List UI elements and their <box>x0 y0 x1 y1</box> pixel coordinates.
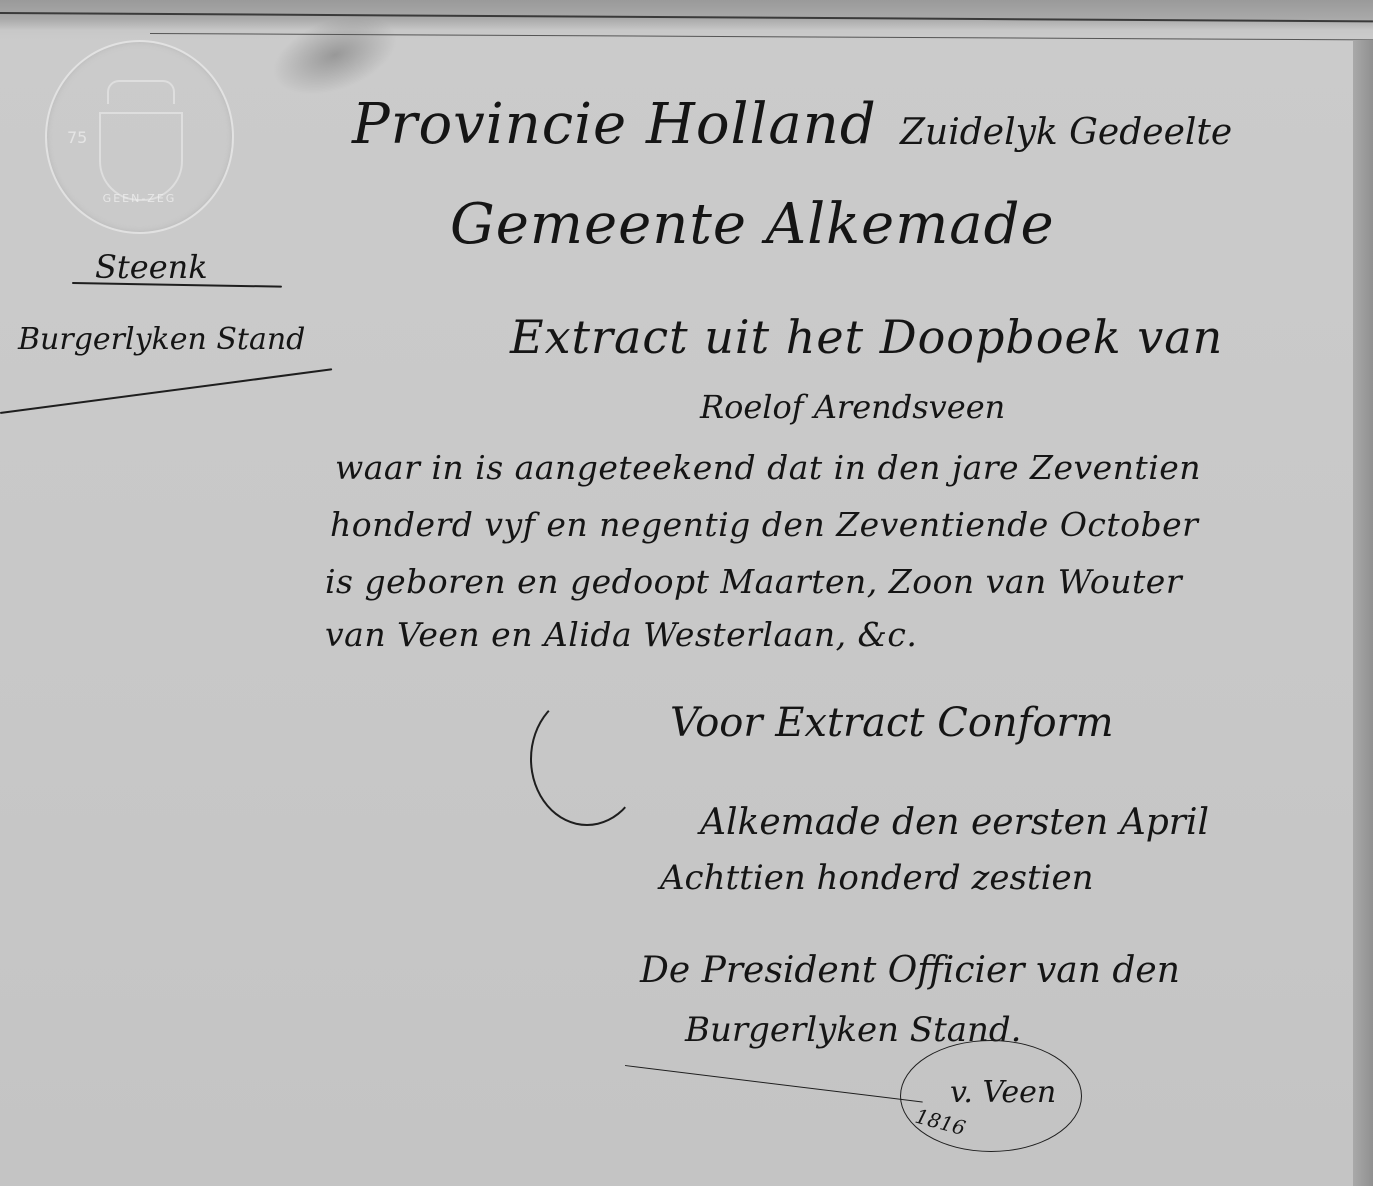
seal-shield-icon <box>99 112 183 201</box>
seal-legend: GEEN-ZEG <box>77 192 202 205</box>
seal-number: 75 <box>67 128 87 147</box>
header-province: Provincie Holland <box>352 92 877 157</box>
body-line-2: honderd vyf en negentig den Zeventiende … <box>330 505 1198 544</box>
page-right-edge <box>1353 40 1373 1186</box>
header-municipality: Gemeente Alkemade <box>450 192 1055 257</box>
header-parish-name: Roelof Arendsveen <box>700 388 1005 426</box>
closing-year-words: Achttien honderd zestien <box>660 858 1094 898</box>
body-line-3: is geboren en gedoopt Maarten, Zoon van … <box>325 562 1182 601</box>
header-extract-title: Extract uit het Doopboek van <box>510 310 1223 364</box>
closing-place-date: Alkemade den eersten April <box>700 802 1209 843</box>
seal-crown-icon <box>107 80 175 104</box>
margin-signature: Steenk <box>95 248 208 286</box>
margin-title: Burgerlyken Stand <box>18 322 305 357</box>
closing-flourish <box>530 692 644 826</box>
document-sheet: 75 GEEN-ZEG Steenk Burgerlyken Stand Pro… <box>0 0 1373 1186</box>
header-district: Zuidelyk Gedeelte <box>900 112 1232 153</box>
signature-name: v. Veen <box>950 1075 1056 1110</box>
body-line-4: van Veen en Alida Westerlaan, &c. <box>325 615 917 654</box>
margin-rule <box>0 368 332 414</box>
body-line-1: waar in is aangeteekend dat in den jare … <box>335 448 1201 487</box>
closing-officer-line-1: De President Officier van den <box>640 950 1180 991</box>
signature-sweep-line <box>625 1065 923 1103</box>
embossed-seal: 75 GEEN-ZEG <box>45 40 234 234</box>
closing-conform: Voor Extract Conform <box>670 700 1114 746</box>
